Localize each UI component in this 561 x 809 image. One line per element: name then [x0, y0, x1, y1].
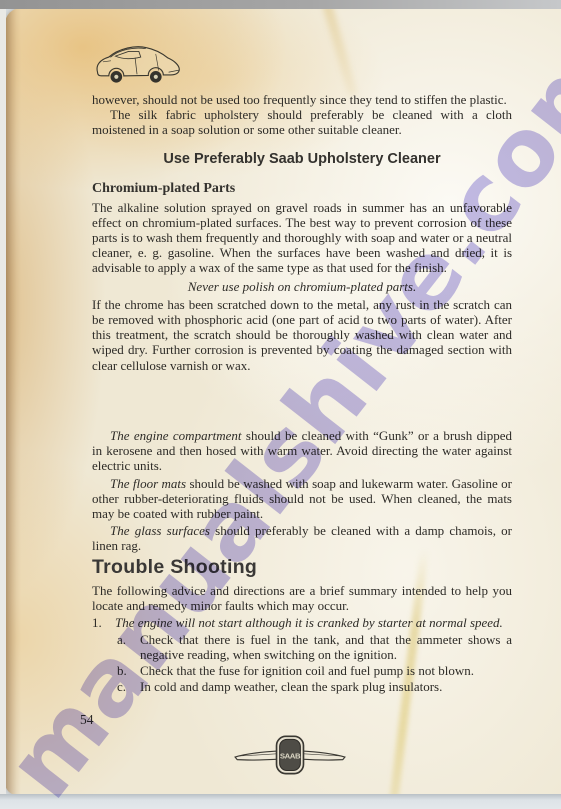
saab-badge-icon: SAAB	[233, 733, 347, 779]
upholstery-notice-heading: Use Preferably Saab Upholstery Cleaner	[92, 151, 512, 168]
trouble-sub-item-a-label: a.	[117, 632, 140, 662]
scanner-top-edge	[0, 0, 561, 9]
trouble-sub-item-b-text: Check that the fuse for ignition coil an…	[140, 663, 512, 678]
trouble-sub-item-c-text: In cold and damp weather, clean the spar…	[140, 679, 512, 694]
trouble-sub-item-b: b. Check that the fuse for ignition coil…	[117, 663, 512, 678]
paragraph-engine-compartment: The engine compartment should be cleaned…	[92, 428, 512, 474]
section-trouble-shooting: Trouble Shooting The following advice an…	[92, 556, 512, 694]
saab-badge-label: SAAB	[280, 752, 301, 761]
saab-car-icon	[90, 40, 184, 92]
trouble-shooting-heading: Trouble Shooting	[92, 556, 512, 579]
section-upholstery-chromium: however, should not be used too frequent…	[92, 92, 512, 373]
trouble-sub-item-a: a. Check that there is fuel in the tank,…	[117, 632, 512, 662]
trouble-sub-item-c: c. In cold and damp weather, clean the s…	[117, 679, 512, 694]
glass-surfaces-lead: The glass surfaces	[110, 523, 210, 538]
trouble-sub-item-b-label: b.	[117, 663, 140, 678]
floor-mats-lead: The floor mats	[110, 476, 186, 491]
scanner-bottom-edge	[0, 794, 561, 809]
scanner-left-edge	[0, 9, 6, 794]
page-number: 54	[80, 712, 94, 728]
paragraph-silk-upholstery: The silk fabric upholstery should prefer…	[92, 107, 512, 137]
page-content: however, should not be used too frequent…	[0, 0, 561, 809]
trouble-sub-item-a-text: Check that there is fuel in the tank, an…	[140, 632, 512, 662]
engine-compartment-lead: The engine compartment	[110, 428, 242, 443]
paragraph-alkaline: The alkaline solution sprayed on gravel …	[92, 200, 512, 276]
paragraph-stiffen: however, should not be used too frequent…	[92, 92, 512, 107]
section-cleaning-care: The engine compartment should be cleaned…	[92, 428, 512, 554]
note-no-polish: Never use polish on chromium-plated part…	[92, 279, 512, 294]
trouble-item-1: 1. The engine will not start although it…	[92, 615, 512, 630]
trouble-item-1-text: The engine will not start although it is…	[115, 615, 512, 630]
trouble-item-1-number: 1.	[92, 615, 115, 630]
manual-page-scan: however, should not be used too frequent…	[0, 0, 561, 809]
trouble-intro: The following advice and directions are …	[92, 583, 512, 613]
paragraph-glass-surfaces: The glass surfaces should preferably be …	[92, 523, 512, 553]
paragraph-chrome-scratch: If the chrome has been scratched down to…	[92, 297, 512, 373]
chromium-section-heading: Chromium-plated Parts	[92, 181, 512, 197]
trouble-sub-item-c-label: c.	[117, 679, 140, 694]
paragraph-floor-mats: The floor mats should be washed with soa…	[92, 476, 512, 522]
